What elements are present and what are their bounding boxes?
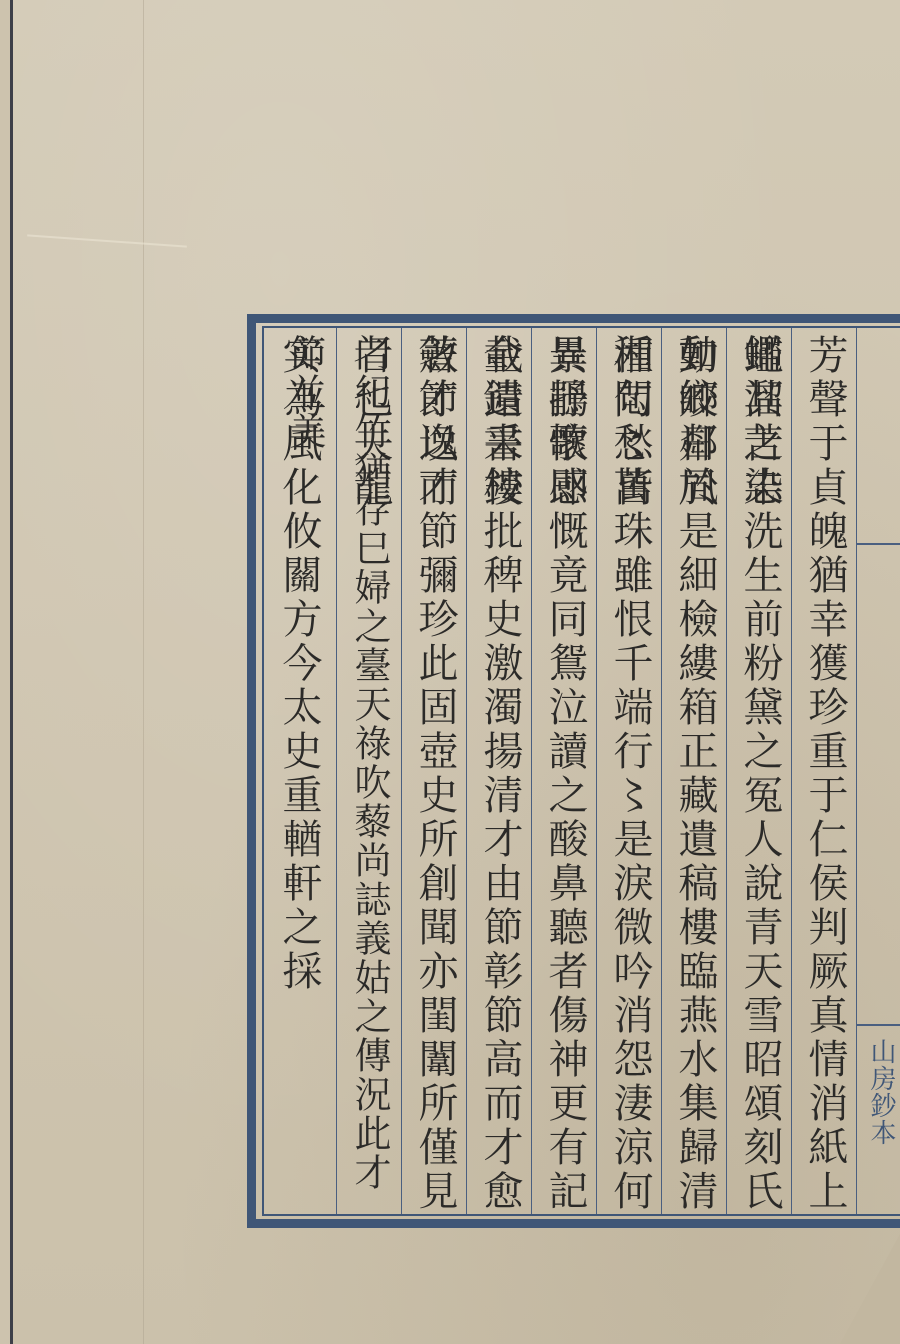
column-text: 種句〻皆珠雖恨千端行〻是淚微吟消怨淒涼何異鵑歌即 [597,334,662,1214]
column-text: 著才逸而節彌珍此固壺史所創聞亦閨闈所僅見者也夫龍 [402,334,467,1214]
fold-margin-divider-bottom [857,1024,900,1026]
text-column-3: 動鄉鄰於是細檢縷箱正藏遺稿樓臨燕水集歸清湘悶愁萬 [662,328,727,1214]
paper-crease [27,234,187,247]
page-corner-curl [840,1234,900,1344]
column-text: 金錯采校批稗史激濁揚清才由節彰節高而才愈斂節以才 [467,334,532,1214]
text-column-1: 芳聲于貞魄猶幸獲珍重于仁侯判厥真情消紙上蠅溜之染 [792,328,857,1214]
column-text: 门紀竹猶存巳婦之臺天祿吹藜尚誌義姑之傳況此才節並美 [337,334,402,1214]
text-column-9: 实為風化攸關方今太史重輶軒之採 [266,328,337,1214]
publisher-label: 山房鈔本 [862,1038,900,1146]
text-column-7: 著才逸而節彌珍此固壺史所創聞亦閨闈所僅見者也夫龍 [402,328,467,1214]
text-column-5: 景抒懷感慨竟同鴛泣讀之酸鼻聽者傷神更有記載遺書鏤 [532,328,597,1214]
text-column-2: 鑑其苦志洗生前粉黛之冤人說青天雪昭頌刻氏如皎日凮 [727,328,792,1214]
text-column-8: 门紀竹猶存巳婦之臺天祿吹藜尚誌義姑之傳況此才節並美 [337,328,402,1214]
column-text: 鑑其苦志洗生前粉黛之冤人說青天雪昭頌刻氏如皎日凮 [727,334,792,1214]
text-column-6: 金錯采校批稗史激濁揚清才由節彰節高而才愈斂節以才 [467,328,532,1214]
paper-fold-line [143,0,144,1344]
fold-margin-divider-top [857,543,900,545]
column-text: 芳聲于貞魄猶幸獲珍重于仁侯判厥真情消紙上蠅溜之染 [792,334,857,1214]
text-column-4: 種句〻皆珠雖恨千端行〻是淚微吟消怨淒涼何異鵑歌即 [597,328,662,1214]
column-text: 实為風化攸關方今太史重輶軒之採 [266,334,331,994]
column-text: 景抒懷感慨竟同鴛泣讀之酸鼻聽者傷神更有記載遺書鏤 [532,334,597,1214]
column-text: 動鄉鄰於是細檢縷箱正藏遺稿樓臨燕水集歸清湘悶愁萬 [662,334,727,1214]
